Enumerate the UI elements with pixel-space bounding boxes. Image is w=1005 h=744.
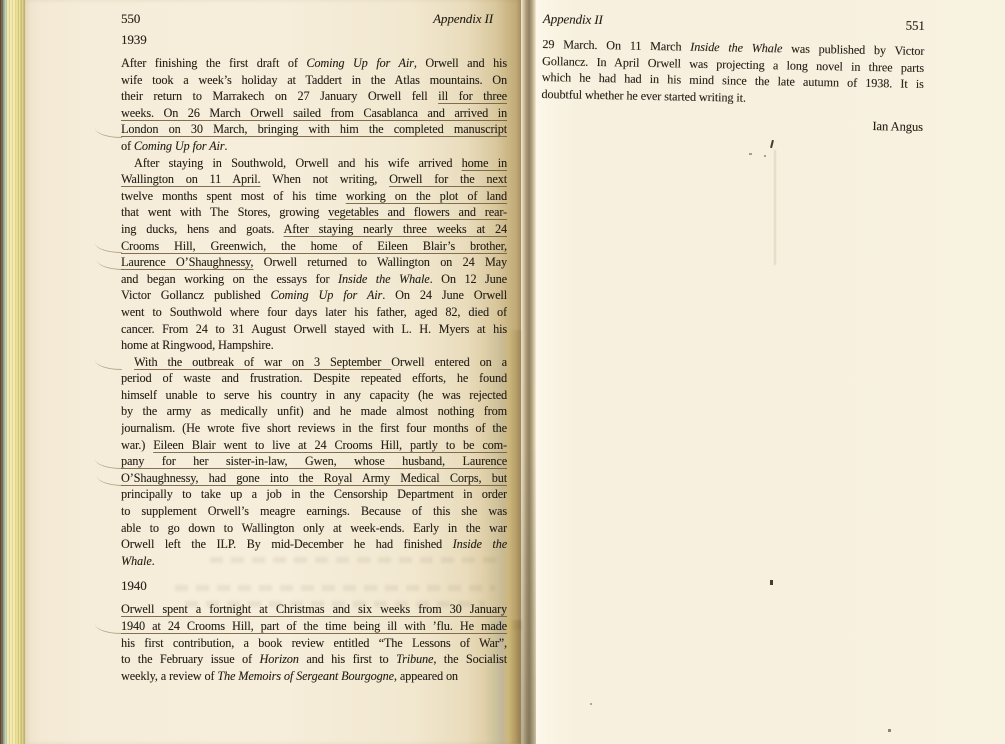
book-title-italic: Tribune	[396, 652, 433, 666]
pencil-mark	[97, 260, 124, 270]
author-signature: Ian Angus	[541, 113, 923, 135]
book-title-italic: Inside the Whale	[338, 272, 430, 286]
left-page: 550 Appendix II 1939After finishing the …	[25, 0, 521, 744]
text-line: ing ducks, hens and goats. After staying…	[121, 221, 507, 238]
book-title-italic: Coming Up for Air	[306, 56, 413, 70]
text-segment: and his first to	[299, 652, 396, 666]
text-line: After staying in Southwold, Orwell and h…	[121, 155, 507, 172]
text-segment: Orwell returned to Wallington on 24 May	[253, 255, 507, 269]
pencil-underlined-text: home in	[462, 156, 507, 170]
pencil-underlined-text: After staying nearly three weeks at 24	[284, 222, 508, 236]
right-page-text-block: Appendix II 551 29 March. On 11 March In…	[541, 10, 925, 135]
text-segment: Orwell left the ILP. By mid-December he …	[121, 537, 453, 551]
text-segment: .	[152, 554, 155, 568]
year-heading: 1940	[121, 577, 507, 594]
left-page-header: 550 Appendix II	[121, 10, 507, 27]
text-line: Orwell spent a fortnight at Christmas an…	[121, 601, 507, 618]
paragraph: After staying in Southwold, Orwell and h…	[121, 155, 507, 354]
pencil-underlined-text: Laurence O’Shaughnessy,	[121, 255, 253, 269]
text-segment: 29 March. On 11 March	[542, 37, 690, 54]
gutter-crease	[521, 0, 536, 744]
text-line: twelve months spent most of his time wor…	[121, 188, 507, 205]
section-paragraphs: Orwell spent a fortnight at Christmas an…	[121, 601, 507, 684]
text-line: and began working on the essays for Insi…	[121, 271, 507, 288]
running-head: Appendix II	[543, 10, 603, 28]
pencil-mark	[95, 243, 122, 253]
text-segment: cancer. From 24 to 31 August Orwell stay…	[121, 322, 507, 336]
book-title-italic: Coming Up for Air	[271, 288, 383, 302]
text-line: home at Ringwood, Hampshire.	[121, 337, 507, 354]
pencil-underlined-text: Crooms Hill, Greenwich, the home of Eile…	[121, 239, 507, 253]
text-line: of Coming Up for Air.	[121, 138, 507, 155]
text-line: cancer. From 24 to 31 August Orwell stay…	[121, 321, 507, 338]
text-segment: journalism. (He wrote five short reviews…	[121, 421, 507, 435]
text-segment: of	[121, 139, 134, 153]
book-title-italic: Coming Up for Air	[134, 139, 225, 153]
text-segment: to the February issue of	[121, 652, 260, 666]
text-line: by the army as medically unfit) and he m…	[121, 403, 507, 420]
pencil-underlined-text: weeks. On 26 March Orwell sailed from Ca…	[121, 106, 507, 120]
text-line: himself unable to serve his country in a…	[121, 387, 507, 404]
pencil-underlined-text: vegetables and flowers and rear-	[328, 205, 507, 219]
page-number: 551	[905, 17, 925, 34]
text-segment: his first contribution, a book review en…	[121, 636, 507, 650]
paragraph: Orwell spent a fortnight at Christmas an…	[121, 601, 507, 684]
text-segment: weekly, a review of	[121, 669, 217, 683]
text-segment: When not writing,	[260, 172, 389, 186]
text-segment: After staying in Southwold, Orwell and h…	[134, 156, 462, 170]
text-segment: to supplement Orwell’s meagre earnings. …	[121, 504, 507, 518]
text-segment: Orwell entered on a	[391, 355, 507, 369]
year-section: 1939After finishing the first draft of C…	[121, 31, 507, 569]
text-line: that went with The Stores, growing veget…	[121, 204, 507, 221]
pencil-underlined-text: ill for three	[438, 89, 507, 103]
right-page: Appendix II 551 29 March. On 11 March In…	[536, 0, 1005, 744]
pencil-underlined-text: Eileen Blair went to live at 24 Crooms H…	[153, 438, 507, 452]
text-segment: principally to take up a job in the Cens…	[121, 487, 507, 501]
ink-speck	[749, 153, 752, 155]
book-fore-edge	[0, 0, 25, 744]
text-line: Orwell left the ILP. By mid-December he …	[121, 536, 507, 553]
text-segment: doubtful whether he ever started writing…	[541, 87, 746, 105]
text-line: O’Shaughnessy, had gone into the Royal A…	[121, 470, 507, 487]
text-segment: wife took a week’s holiday at Taddert in…	[121, 73, 507, 87]
text-segment: After finishing the first draft of	[121, 56, 306, 70]
pencil-underlined-text: Orwell for the next	[389, 172, 507, 186]
text-segment: Victor Gollancz published	[121, 288, 271, 302]
text-line: 1940 at 24 Crooms Hill, part of the time…	[121, 618, 507, 635]
text-line: London on 30 March, bringing with him th…	[121, 121, 507, 138]
pencil-mark	[95, 459, 122, 469]
book-scan: 550 Appendix II 1939After finishing the …	[0, 0, 1005, 744]
text-segment: that went with The Stores, growing	[121, 205, 328, 219]
book-title-italic: Inside the Whale	[690, 40, 782, 56]
text-line: to supplement Orwell’s meagre earnings. …	[121, 503, 507, 520]
text-line: weekly, a review of The Memoirs of Serge…	[121, 668, 507, 685]
book-title-italic: Inside the	[453, 537, 507, 551]
text-line: principally to take up a job in the Cens…	[121, 486, 507, 503]
pencil-underlined-text: With the outbreak of war on 3 September	[134, 355, 391, 369]
year-heading: 1939	[121, 31, 507, 48]
text-line: Whale.	[121, 553, 507, 570]
text-line: wife took a week’s holiday at Taddert in…	[121, 72, 507, 89]
paper-crease	[774, 150, 776, 265]
text-segment: , appeared on	[394, 669, 458, 683]
text-segment: period of waste and frustration. Despite…	[121, 371, 507, 385]
text-line: their return to Marrakech on 27 January …	[121, 88, 507, 105]
ink-speck	[888, 729, 891, 732]
book-title-italic: The Memoirs of Sergeant Bourgogne	[217, 669, 394, 683]
text-line: Wallington on 11 April. When not writing…	[121, 171, 507, 188]
text-line: After finishing the first draft of Comin…	[121, 55, 507, 72]
text-segment: by the army as medically unfit) and he m…	[121, 404, 507, 418]
pencil-underlined-text: London on 30 March, bringing with him th…	[121, 122, 507, 136]
pencil-mark	[95, 128, 122, 138]
ink-speck	[590, 703, 592, 705]
year-section: 1940Orwell spent a fortnight at Christma…	[121, 577, 507, 684]
text-line: Victor Gollancz published Coming Up for …	[121, 287, 507, 304]
ink-speck	[764, 155, 766, 157]
text-segment: ing ducks, hens and goats.	[121, 222, 284, 236]
paragraph: After finishing the first draft of Comin…	[121, 55, 507, 155]
running-head: Appendix II	[433, 10, 507, 27]
paragraph: 29 March. On 11 March Inside the Whale w…	[541, 36, 924, 109]
text-line: journalism. (He wrote five short reviews…	[121, 420, 507, 437]
text-segment: war.)	[121, 438, 153, 452]
ink-speck	[770, 580, 773, 585]
text-line: Laurence O’Shaughnessy, Orwell returned …	[121, 254, 507, 271]
text-segment: . On 12 June	[430, 272, 507, 286]
text-segment: , the Socialist	[433, 652, 507, 666]
book-title-italic: Horizon	[260, 652, 299, 666]
page-number: 550	[121, 10, 140, 27]
text-line: With the outbreak of war on 3 September …	[121, 354, 507, 371]
pencil-underlined-text: Wallington on 11 April.	[121, 172, 260, 186]
text-segment: was published by Victor	[782, 41, 924, 58]
text-segment: twelve months spent most of his time	[121, 189, 346, 203]
section-paragraphs: After finishing the first draft of Comin…	[121, 55, 507, 569]
right-page-header: Appendix II 551	[543, 10, 925, 34]
text-segment: home at Ringwood, Hampshire.	[121, 338, 274, 352]
pencil-underlined-text: 1940 at 24 Crooms Hill, part of the time…	[121, 619, 507, 633]
text-segment: and began working on the essays for	[121, 272, 338, 286]
book-title-italic: Whale	[121, 554, 152, 568]
right-page-body: 29 March. On 11 March Inside the Whale w…	[541, 36, 924, 109]
ink-speck	[770, 140, 774, 148]
pencil-underlined-text: pany for her sister-in-law, Gwen, whose …	[121, 454, 507, 468]
text-line: to the February issue of Horizon and his…	[121, 651, 507, 668]
text-line: able to go down to Wallington only at we…	[121, 520, 507, 537]
text-segment: .	[224, 139, 227, 153]
text-line: his first contribution, a book review en…	[121, 635, 507, 652]
text-segment: their return to Marrakech on 27 January …	[121, 89, 438, 103]
text-line: war.) Eileen Blair went to live at 24 Cr…	[121, 437, 507, 454]
text-line: Crooms Hill, Greenwich, the home of Eile…	[121, 238, 507, 255]
pencil-mark	[97, 476, 124, 486]
paragraph: With the outbreak of war on 3 September …	[121, 354, 507, 570]
text-line: pany for her sister-in-law, Gwen, whose …	[121, 453, 507, 470]
left-page-body: 1939After finishing the first draft of C…	[121, 31, 507, 684]
left-page-text-block: 550 Appendix II 1939After finishing the …	[121, 10, 507, 684]
pencil-underlined-text: working on the plot of land	[346, 189, 507, 203]
pencil-mark	[95, 624, 122, 634]
text-segment: , Orwell and his	[414, 56, 507, 70]
text-segment: . On 24 June Orwell	[382, 288, 507, 302]
text-line: period of waste and frustration. Despite…	[121, 370, 507, 387]
text-segment: went to Southwold where four days later …	[121, 305, 507, 319]
text-line: weeks. On 26 March Orwell sailed from Ca…	[121, 105, 507, 122]
pencil-underlined-text: Orwell spent a fortnight at Christmas an…	[121, 602, 507, 616]
pencil-underlined-text: O’Shaughnessy, had gone into the Royal A…	[121, 471, 507, 485]
pencil-mark	[95, 360, 122, 370]
text-line: went to Southwold where four days later …	[121, 304, 507, 321]
text-segment: himself unable to serve his country in a…	[121, 388, 507, 402]
text-segment: able to go down to Wallington only at we…	[121, 521, 507, 535]
